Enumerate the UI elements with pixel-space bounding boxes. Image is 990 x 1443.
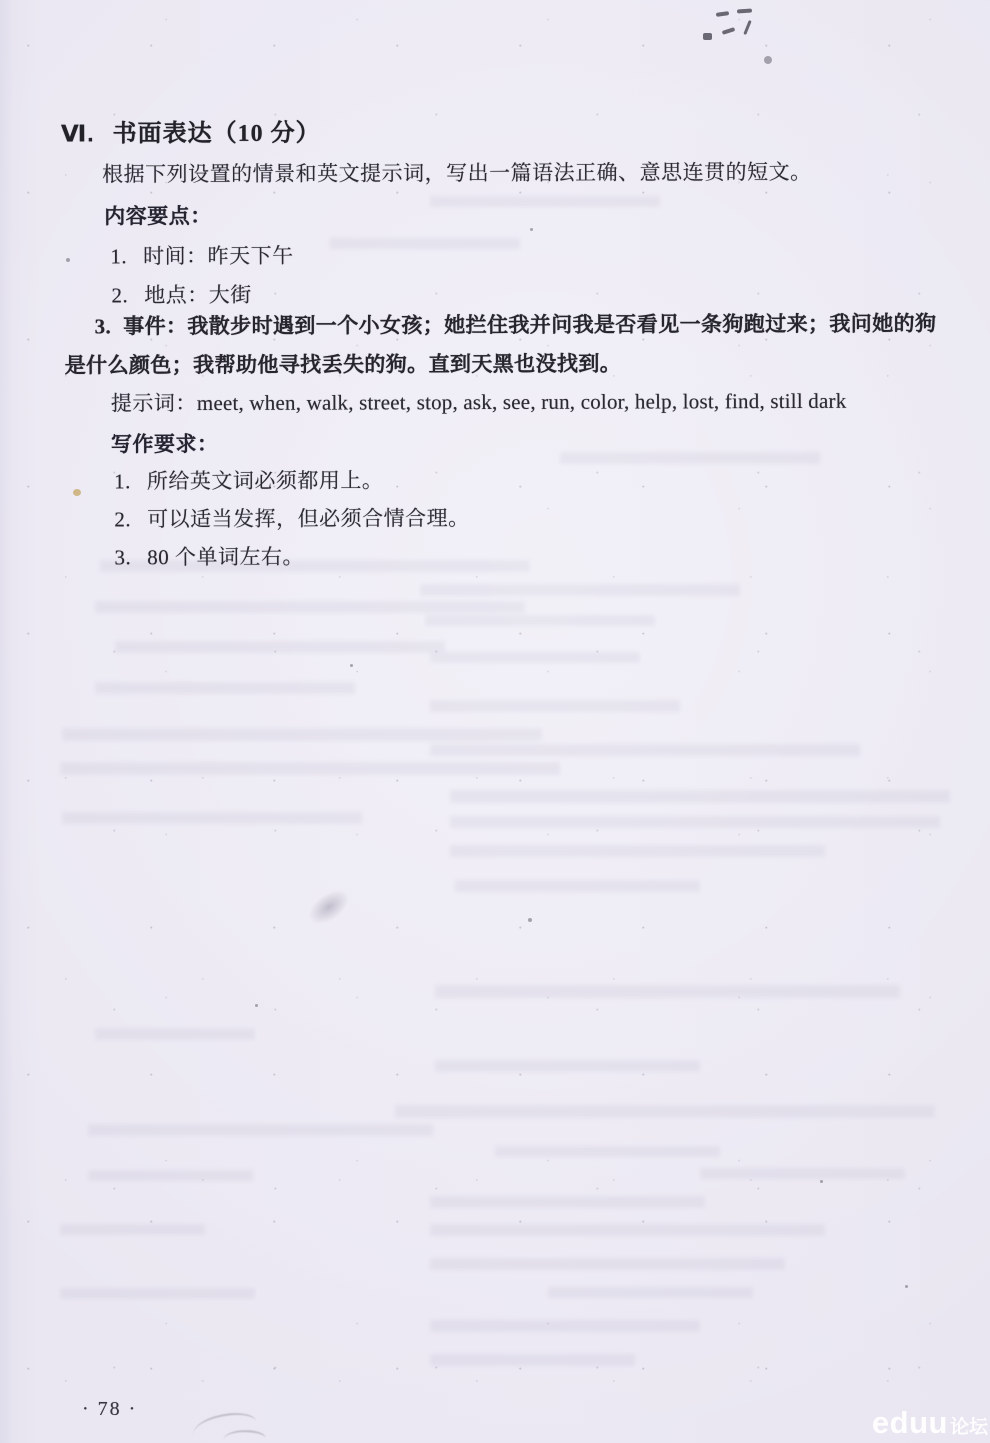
scanned-exam-page: Ⅵ.书面表达（10 分） 根据下列设置的情景和英文提示词，写出一篇语法正确、意思… — [0, 0, 990, 1443]
content-point-1-text: 时间：昨天下午 — [143, 244, 294, 269]
ink-speck — [255, 1004, 258, 1007]
task-intro: 根据下列设置的情景和英文提示词，写出一篇语法正确、意思连贯的短文。 — [102, 156, 812, 188]
content-point-3-number: 3. — [95, 314, 112, 338]
writing-requirement-2-text: 可以适当发挥，但必须合情合理。 — [147, 506, 470, 531]
ink-speck — [820, 1180, 823, 1183]
ink-speck — [66, 258, 70, 262]
writing-requirement-2: 2.可以适当发挥，但必须合情合理。 — [114, 502, 469, 533]
ink-speck — [350, 664, 353, 667]
paper-fleck — [73, 489, 81, 496]
page-number: · 78 · — [82, 1398, 137, 1421]
section-heading: Ⅵ.书面表达（10 分） — [61, 113, 321, 149]
content-point-3-text: 事件：我散步时遇到一个小女孩；她拦住我并问我是否看见一条狗跑过来；我问她的狗是什… — [65, 311, 937, 377]
writing-task-section: Ⅵ.书面表达（10 分） 根据下列设置的情景和英文提示词，写出一篇语法正确、意思… — [0, 0, 990, 1443]
ink-speck — [764, 56, 772, 64]
content-points-heading: 内容要点： — [104, 200, 212, 230]
writing-requirement-1-text: 所给英文词必须都用上。 — [147, 468, 384, 493]
content-point-2: 2.地点：大街 — [111, 279, 251, 309]
ink-speck — [530, 228, 533, 231]
content-point-1-number: 1. — [110, 244, 127, 268]
ink-speck — [905, 1285, 908, 1288]
writing-requirement-3-text: 80 个单词左右。 — [147, 545, 304, 570]
writing-requirement-1: 1.所给英文词必须都用上。 — [114, 464, 383, 495]
section-number: Ⅵ. — [61, 120, 95, 146]
section-title: 书面表达（10 分） — [113, 121, 321, 148]
writing-requirement-3: 3.80 个单词左右。 — [114, 541, 304, 572]
content-point-2-text: 地点：大街 — [144, 283, 252, 307]
writing-requirement-2-number: 2. — [114, 507, 131, 531]
content-point-1: 1.时间：昨天下午 — [110, 240, 293, 271]
ink-speck — [703, 33, 712, 40]
hint-words: meet, when, walk, street, stop, ask, see… — [197, 389, 847, 415]
content-point-2-number: 2. — [111, 283, 128, 307]
writing-requirement-1-number: 1. — [114, 469, 131, 493]
content-point-3: 3.事件：我散步时遇到一个小女孩；她拦住我并问我是否看见一条狗跑过来；我问她的狗… — [65, 304, 941, 385]
hint-label: 提示词： — [111, 391, 197, 415]
hint-words-line: 提示词：meet, when, walk, street, stop, ask,… — [111, 385, 847, 418]
writing-requirements-heading: 写作要求： — [111, 428, 219, 458]
writing-requirement-3-number: 3. — [114, 545, 131, 569]
ink-speck — [528, 918, 532, 922]
